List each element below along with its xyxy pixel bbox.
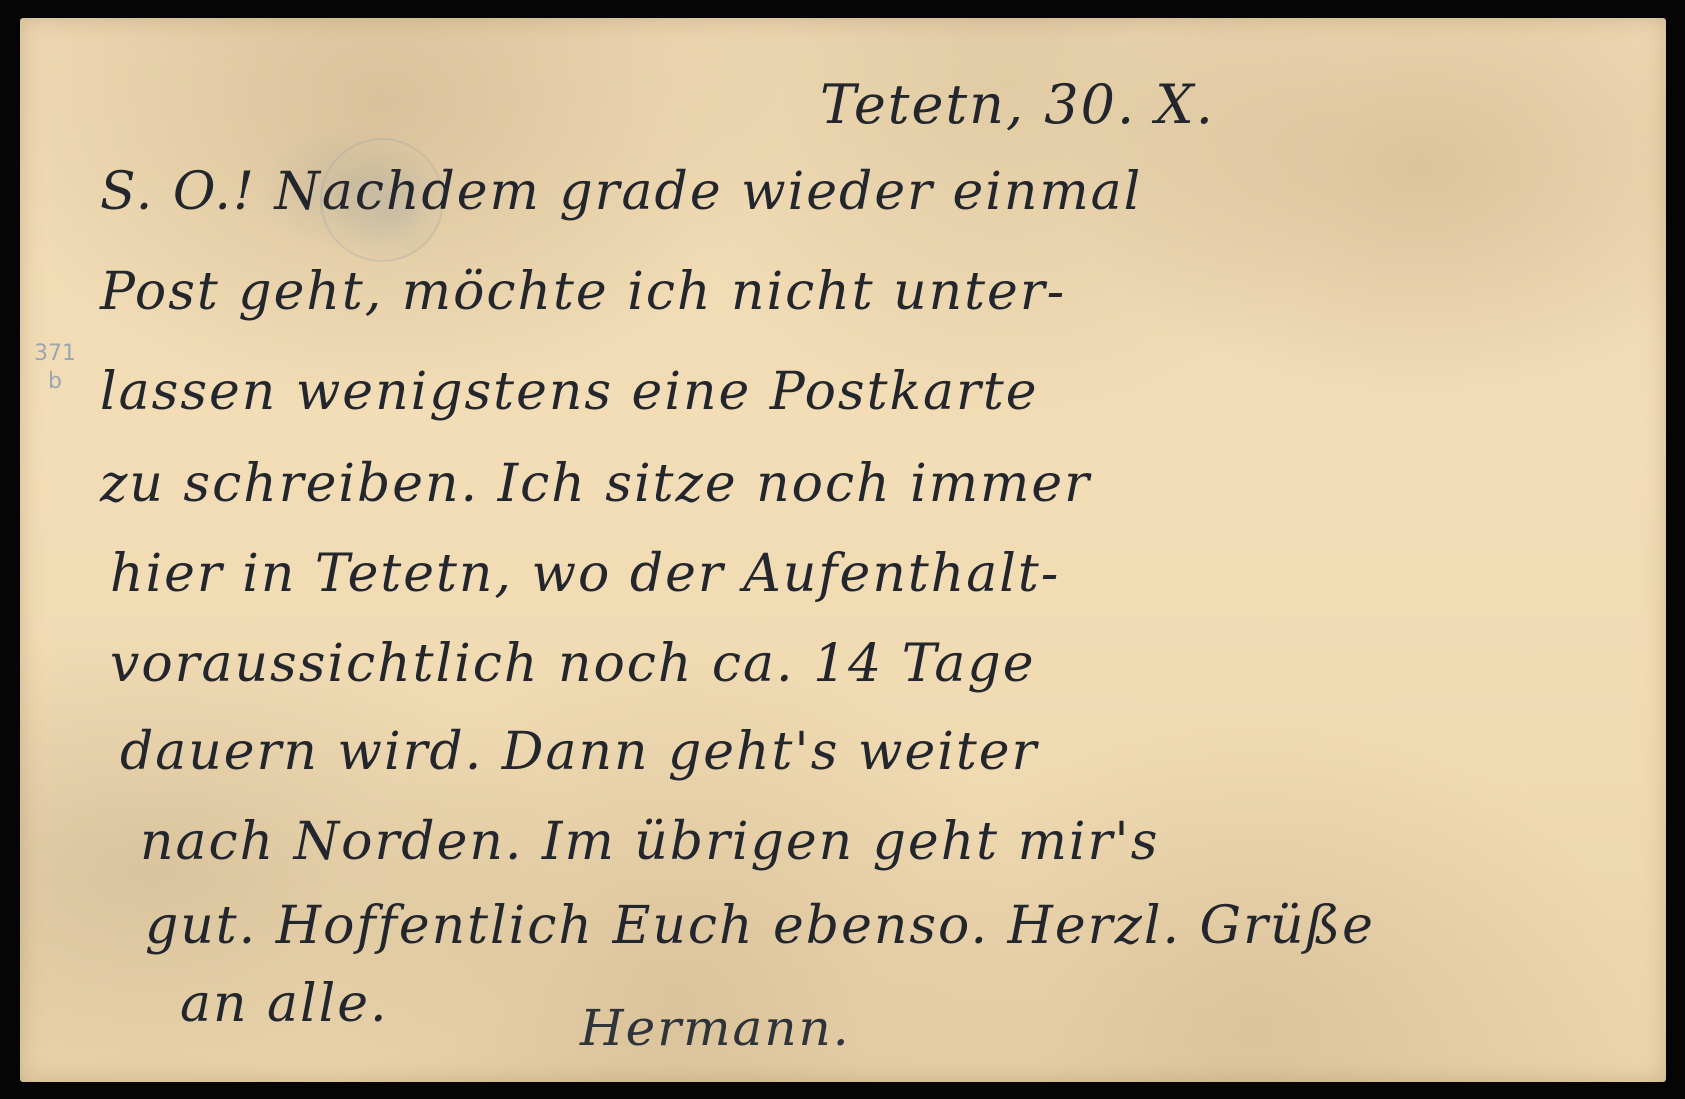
archive-number: 371 xyxy=(34,340,76,368)
signature: Hermann. xyxy=(580,1003,851,1053)
body-line-2: Post geht, möchte ich nicht unter- xyxy=(100,266,1066,318)
body-line-5: hier in Tetetn, wo der Aufenthalt- xyxy=(110,548,1060,600)
body-line-4: zu schreiben. Ich sitze noch immer xyxy=(100,458,1091,510)
postcard: 371 b Tetetn, 30. X. S. O.! Nachdem grad… xyxy=(20,18,1666,1082)
body-line-8: nach Norden. Im übrigen geht mir's xyxy=(140,816,1159,868)
body-line-10: an alle. xyxy=(180,978,389,1030)
body-line-3: lassen wenigstens eine Postkarte xyxy=(100,366,1039,418)
dateline: Tetetn, 30. X. xyxy=(820,78,1215,132)
postcard-scan: 371 b Tetetn, 30. X. S. O.! Nachdem grad… xyxy=(0,0,1685,1099)
body-line-9: gut. Hoffentlich Euch ebenso. Herzl. Grü… xyxy=(145,900,1375,952)
archive-letter: b xyxy=(34,368,76,396)
pencil-archive-note: 371 b xyxy=(34,340,76,395)
body-line-6: voraussichtlich noch ca. 14 Tage xyxy=(110,638,1035,690)
body-line-7: dauern wird. Dann geht's weiter xyxy=(120,726,1038,778)
body-line-1: S. O.! Nachdem grade wieder einmal xyxy=(100,166,1142,218)
